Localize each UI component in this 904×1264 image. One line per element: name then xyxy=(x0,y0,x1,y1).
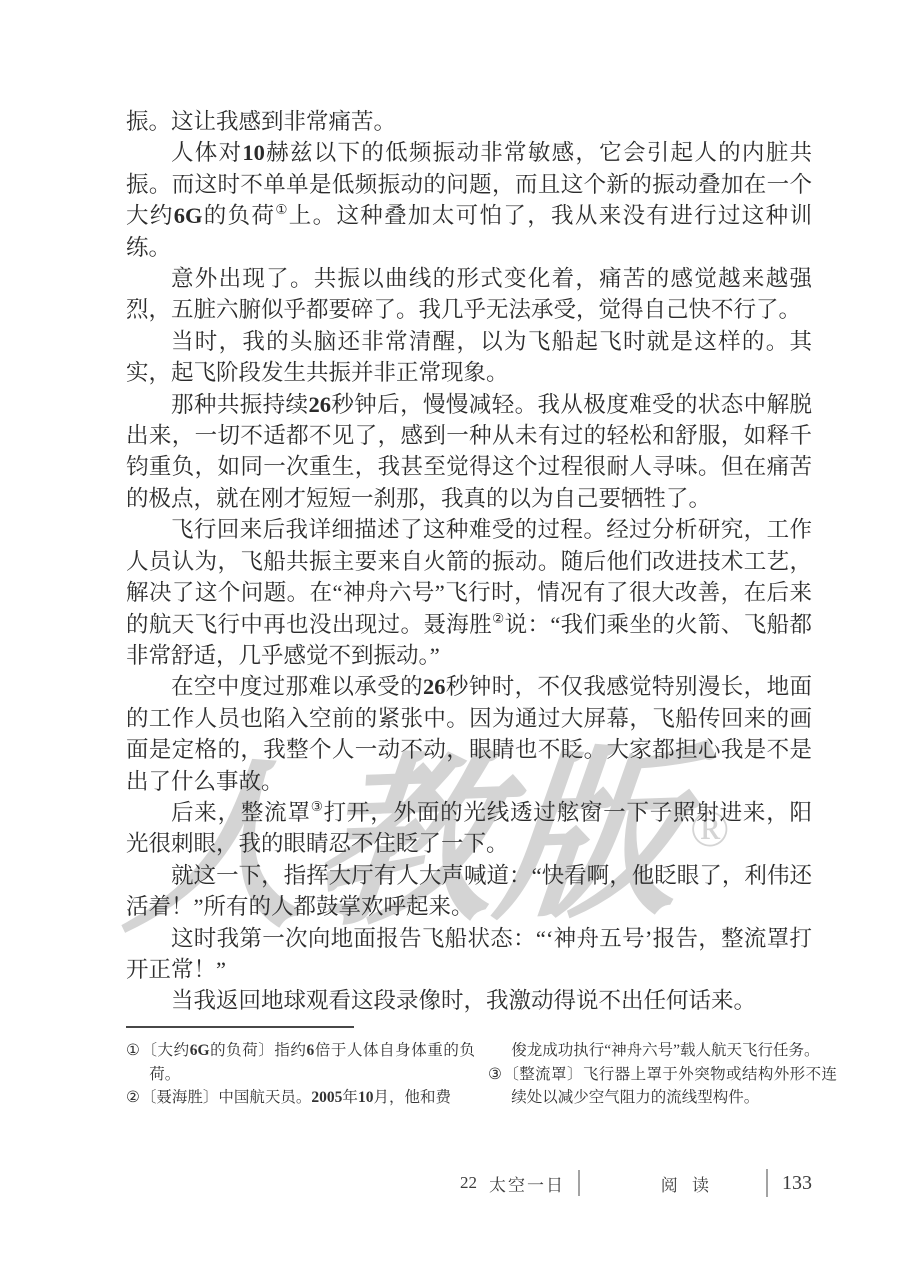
footnote-columns: ①〔大约6G的负荷〕指约6倍于人体自身体重的负荷。②〔聂海胜〕中国航天员。200… xyxy=(126,1039,858,1110)
footnote-reference: ① xyxy=(275,202,288,217)
text-run: 26 xyxy=(308,392,331,417)
paragraph: 就这一下，指挥大厅有人大声喊道：“快看啊，他眨眼了，利伟还活着！”所有的人都鼓掌… xyxy=(126,860,812,923)
text-run: 6G xyxy=(174,203,203,228)
footnote-item: 俊龙成功执行“神舟六号”载人航天飞行任务。 xyxy=(488,1039,837,1063)
footnote-item: ②〔聂海胜〕中国航天员。2005年10月，他和费 xyxy=(126,1086,475,1110)
lesson-title: 太空一日 xyxy=(489,1171,565,1196)
text-run: 6G xyxy=(190,1042,210,1059)
footnote-item: ①〔大约6G的负荷〕指约6倍于人体自身体重的负荷。 xyxy=(126,1039,475,1086)
text-run: 俊龙成功执行“神舟六号”载人航天飞行任务。 xyxy=(511,1042,819,1059)
paragraph: 当我返回地球观看这段录像时，我激动得说不出任何话来。 xyxy=(126,985,812,1016)
paragraph: 后来，整流罩③打开，外面的光线透过舷窗一下子照射进来，阳光很刺眼，我的眼睛忍不住… xyxy=(126,797,812,860)
section-label: 阅 读 xyxy=(661,1171,714,1196)
footnote-marker: ② xyxy=(126,1089,140,1106)
paragraph: 当时，我的头脑还非常清醒，以为飞船起飞时就是这样的。其实，起飞阶段发生共振并非正… xyxy=(126,326,812,389)
text-run: 10 xyxy=(242,140,265,165)
section-page-indicator: 阅 读 133 xyxy=(661,1168,812,1198)
page-number: 133 xyxy=(782,1172,812,1195)
text-run: 年 xyxy=(342,1089,358,1106)
paragraph: 飞行回来后我详细描述了这种难受的过程。经过分析研究，工作人员认为，飞船共振主要来… xyxy=(126,514,812,671)
text-run: 26 xyxy=(423,674,446,699)
paragraph: 人体对10赫兹以下的低频振动非常敏感，它会引起人的内脏共振。而这时不单单是低频振… xyxy=(126,137,812,263)
text-run: 10 xyxy=(358,1089,374,1106)
text-run: 当我返回地球观看这段录像时，我激动得说不出任何话来。 xyxy=(171,988,756,1013)
text-run: 在空中度过那难以承受的 xyxy=(171,674,423,699)
text-run: 〔整流罩〕飞行器上罩于外突物或结构外形不连续处以减少空气阻力的流线型构件。 xyxy=(503,1066,837,1107)
lesson-indicator: 22 太空一日 xyxy=(460,1168,580,1198)
text-run: 就这一下，指挥大厅有人大声喊道：“快看啊，他眨眼了，利伟还活着！”所有的人都鼓掌… xyxy=(126,863,812,919)
text-run: 后来，整流罩 xyxy=(171,800,311,825)
paragraph: 意外出现了。共振以曲线的形式变化着，痛苦的感觉越来越强烈，五脏六腑似乎都要碎了。… xyxy=(126,263,812,326)
text-run: 月，他和费 xyxy=(373,1089,451,1106)
footnotes: ①〔大约6G的负荷〕指约6倍于人体自身体重的负荷。②〔聂海胜〕中国航天员。200… xyxy=(126,1026,858,1110)
textbook-page: 人教版 ® 振。这让我感到非常痛苦。人体对10赫兹以下的低频振动非常敏感，它会引… xyxy=(0,0,904,1264)
paragraph: 在空中度过那难以承受的26秒钟时，不仅我感觉特别漫长，地面的工作人员也陷入空前的… xyxy=(126,671,812,797)
footer-divider xyxy=(766,1169,768,1197)
text-run: 当时，我的头脑还非常清醒，以为飞船起飞时就是这样的。其实，起飞阶段发生共振并非正… xyxy=(126,329,812,385)
page-footer: 22 太空一日 阅 读 133 xyxy=(126,1168,812,1202)
text-run: 〔聂海胜〕中国航天员。 xyxy=(141,1089,312,1106)
text-run: 的负荷 xyxy=(202,203,275,228)
lesson-number: 22 xyxy=(460,1173,477,1193)
text-run: 意外出现了。共振以曲线的形式变化着，痛苦的感觉越来越强烈，五脏六腑似乎都要碎了。… xyxy=(126,266,812,322)
text-run: 的负荷〕指约 xyxy=(210,1042,307,1059)
text-run: 那种共振持续 xyxy=(171,392,308,417)
text-run: 2005 xyxy=(311,1089,342,1106)
footnote-marker: ③ xyxy=(488,1066,502,1083)
footnote-separator xyxy=(126,1026,354,1028)
footnote-reference: ③ xyxy=(311,799,324,814)
footnote-reference: ② xyxy=(492,611,504,626)
text-run: 这时我第一次向地面报告飞船状态：“‘神舟五号’报告，整流罩打开正常！” xyxy=(126,926,812,982)
body-text: 振。这让我感到非常痛苦。人体对10赫兹以下的低频振动非常敏感，它会引起人的内脏共… xyxy=(126,106,812,1017)
footer-divider xyxy=(578,1170,580,1196)
footnote-marker: ① xyxy=(126,1042,140,1059)
text-run: 振。这让我感到非常痛苦。 xyxy=(126,109,396,134)
footnote-item: ③〔整流罩〕飞行器上罩于外突物或结构外形不连续处以减少空气阻力的流线型构件。 xyxy=(488,1063,837,1110)
paragraph: 振。这让我感到非常痛苦。 xyxy=(126,106,812,137)
footnote-column-left: ①〔大约6G的负荷〕指约6倍于人体自身体重的负荷。②〔聂海胜〕中国航天员。200… xyxy=(126,1039,475,1110)
paragraph: 那种共振持续26秒钟后，慢慢减轻。我从极度难受的状态中解脱出来，一切不适都不见了… xyxy=(126,389,812,515)
text-run: 〔大约 xyxy=(141,1042,189,1059)
paragraph: 这时我第一次向地面报告飞船状态：“‘神舟五号’报告，整流罩打开正常！” xyxy=(126,923,812,986)
footnote-column-right: 俊龙成功执行“神舟六号”载人航天飞行任务。③〔整流罩〕飞行器上罩于外突物或结构外… xyxy=(488,1039,837,1110)
text-run: 人体对 xyxy=(171,140,242,165)
